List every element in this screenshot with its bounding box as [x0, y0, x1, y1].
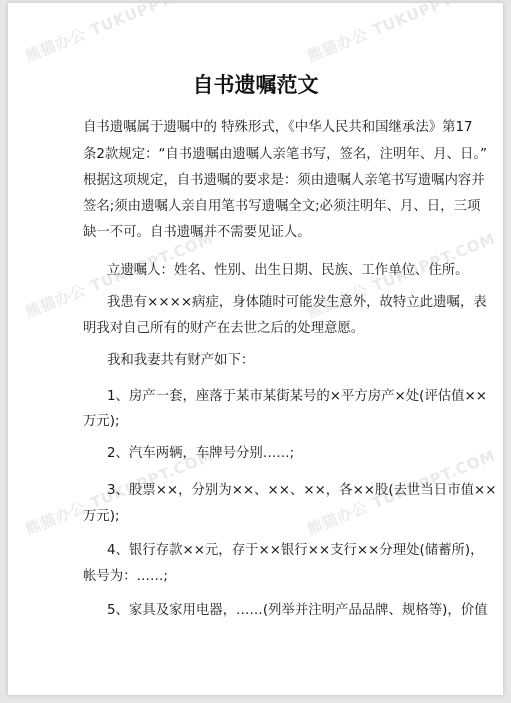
list-item-line: 2、汽车两辆，车牌号分别……; [107, 445, 294, 463]
list-item-line: 5、家具及家用电器，……(列举并注明产品品牌、规格等)，价值 [107, 602, 488, 620]
list-item-line: 万元); [83, 508, 120, 526]
paragraph-line: 明我对自己所有的财产在去世之后的处理意愿。 [83, 320, 364, 338]
document-title: 自书遗嘱范文 [8, 69, 503, 99]
paragraph-line: 立遗嘱人：姓名、性别、出生日期、民族、工作单位、住所。 [107, 262, 469, 280]
paragraph-line: 我患有××××病症，身体随时可能发生意外，故特立此遗嘱，表 [107, 294, 487, 312]
paragraph-line: 签名;须由遗嘱人亲自用笔书写遗嘱全文;必须注明年、月、日，三项 [83, 198, 480, 216]
list-item-line: 4、银行存款××元，存于××银行××支行××分理处(储蓄所)， [107, 542, 484, 560]
document-page: 熊猫办公 TUKUPPT.COM 熊猫办公 TUKUPPT.COM 熊猫办公 T… [8, 3, 503, 695]
paragraph-line: 缺一不可。自书遗嘱并不需要见证人。 [83, 224, 311, 242]
list-item-line: 万元); [83, 413, 120, 431]
paragraph-line: 条2款规定：“自书遗嘱由遗嘱人亲笔书写，签名，注明年、月、日。” [83, 146, 487, 164]
paragraph-line: 根据这项规定，自书遗嘱的要求是：须由遗嘱人亲笔书写遗嘱内容并 [83, 172, 485, 190]
watermark: 熊猫办公 TUKUPPT.COM [22, 3, 217, 66]
paragraph-line: 自书遗嘱属于遗嘱中的 特殊形式，《中华人民共和国继承法》第17 [83, 119, 473, 137]
list-item-line: 1、房产一套，座落于某市某街某号的×平方房产×处(评估值×× [107, 388, 487, 406]
list-item-line: 3、股票××，分别为××、××、××，各××股(去世当日市值×× [107, 482, 496, 500]
list-item-line: 帐号为：……; [83, 568, 168, 586]
paragraph-line: 我和我妻共有财产如下： [107, 352, 254, 370]
watermark: 熊猫办公 TUKUPPT.COM [304, 3, 499, 66]
